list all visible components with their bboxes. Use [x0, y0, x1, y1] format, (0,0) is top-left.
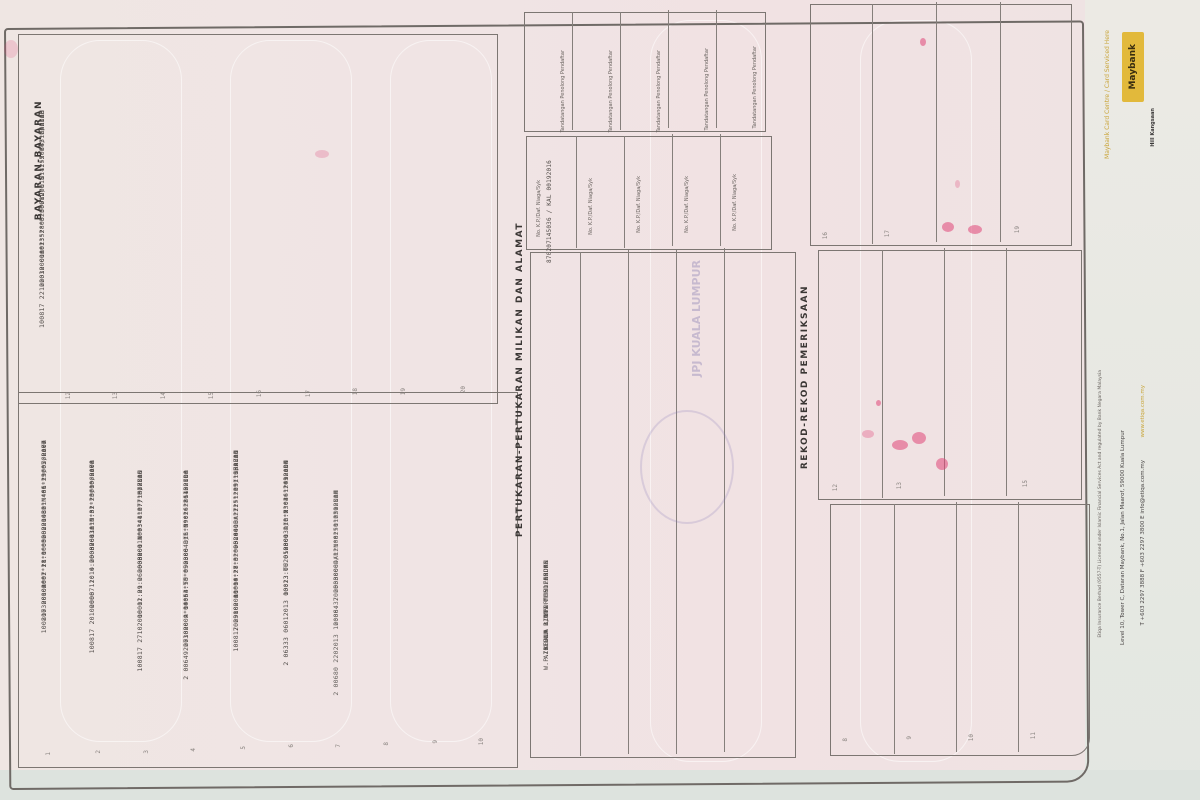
row-number: 19 [400, 388, 407, 395]
row-number: 9 [432, 740, 439, 744]
signature-label: Tandatangan Penolong Pendaftar [608, 50, 614, 132]
id-label: No. K.P./Daf. Niaga/Syk [684, 176, 690, 233]
signature-label: Tandatangan Penolong Pendaftar [656, 50, 662, 132]
divider [1006, 248, 1007, 496]
inspection-upper-grid [810, 4, 1072, 246]
row-number: 15 [1022, 480, 1029, 487]
ink-stain [892, 440, 908, 450]
row-number: 8 [842, 738, 849, 742]
ink-stain [942, 222, 954, 232]
payments-upper-box [18, 34, 498, 404]
inspection-lower-grid [830, 504, 1090, 756]
row-number: 19 [1014, 226, 1021, 233]
inspection-middle-grid [818, 250, 1082, 500]
ink-stain [968, 225, 982, 234]
footer-contact: T +603 2297 3888 F +603 2297 3800 E info… [1140, 460, 1146, 626]
row-number: 7 [335, 744, 342, 748]
owner-ic-number: 870207145036 / KAL 00192016 [546, 160, 554, 263]
divider [576, 136, 577, 248]
row-number: 15 [208, 392, 215, 399]
brand-subtitle: Hill Kangsaan [1150, 108, 1156, 147]
row-number: 13 [112, 392, 119, 399]
maybank-logo: Maybank [1122, 32, 1144, 102]
divider [572, 12, 573, 130]
divider [894, 504, 895, 754]
divider [672, 134, 673, 246]
round-stamp [640, 410, 734, 524]
row-number: 6 [288, 744, 295, 748]
signature-label: Tandatangan Penolong Pendaftar [704, 48, 710, 130]
footer-website: www.etiqa.com.my [1140, 385, 1146, 438]
row-number: 14 [160, 392, 167, 399]
footer-tagline: Maybank Card Centre / Card Serviced Here [1104, 30, 1111, 159]
divider [720, 134, 721, 246]
ink-stain [955, 180, 960, 188]
inspection-heading: REKOD-REKOD PEMERIKSAAN [800, 285, 810, 469]
divider [872, 4, 873, 244]
footer-address: Level 10, Tower C, Dataran Maybank, No.1… [1120, 430, 1126, 645]
divider [620, 12, 621, 130]
row-number: 13 [896, 482, 903, 489]
row-number: 16 [822, 232, 829, 239]
divider [936, 2, 937, 242]
id-label: No. K.P./Daf. Niaga/Syk [636, 176, 642, 233]
ink-stain [4, 40, 18, 58]
row-number: 10 [968, 734, 975, 741]
divider [1000, 2, 1001, 242]
row-number: 12 [832, 484, 839, 491]
row-number: 9 [906, 736, 913, 740]
row-number: 17 [884, 230, 891, 237]
signature-label: Tandatangan Penolong Pendaftar [560, 50, 566, 132]
divider [628, 250, 629, 754]
ink-stain [315, 150, 329, 158]
ink-stain [936, 458, 948, 470]
divider [668, 10, 669, 128]
row-number: 4 [190, 748, 197, 752]
ink-stain [876, 400, 881, 406]
row-number: 2 [95, 750, 102, 754]
id-label: No. K.P./Daf. Niaga/Syk [588, 178, 594, 235]
divider [624, 136, 625, 248]
row-number: 5 [240, 746, 247, 750]
ink-stain [912, 432, 926, 444]
row-number: 20 [460, 386, 467, 393]
row-number: 17 [305, 390, 312, 397]
owner-city: W.P. KUALA LUMPUR [542, 600, 550, 670]
ink-stain [862, 430, 874, 438]
owner-postcode: 51200 KL [542, 560, 550, 593]
divider [956, 502, 957, 752]
row-number: 3 [143, 750, 150, 754]
row-number: 10 [478, 738, 485, 745]
row-number: 18 [352, 388, 359, 395]
row-number: 12 [65, 392, 72, 399]
row-number: 11 [1030, 732, 1037, 739]
row-number: 1 [45, 752, 52, 756]
row-number: 16 [256, 390, 263, 397]
ownership-heading: PERTUKARAN-PERTUKARAN MILIKAN DAN ALAMAT [515, 222, 525, 537]
registry-stamp: JPJ KUALA LUMPUR [690, 260, 703, 377]
divider [580, 252, 581, 756]
divider [1018, 502, 1019, 752]
id-label: No. K.P./Daf. Niaga/Syk [536, 180, 542, 237]
id-label: No. K.P./Daf. Niaga/Syk [732, 174, 738, 231]
divider [716, 10, 717, 128]
ink-stain [920, 38, 926, 46]
row-number: 8 [383, 742, 390, 746]
divider [882, 250, 883, 498]
signature-label: Tandatangan Penolong Pendaftar [752, 46, 758, 128]
footer-legal: Etiqa Insurance Berhad (9557-T) Licensed… [1098, 370, 1103, 638]
